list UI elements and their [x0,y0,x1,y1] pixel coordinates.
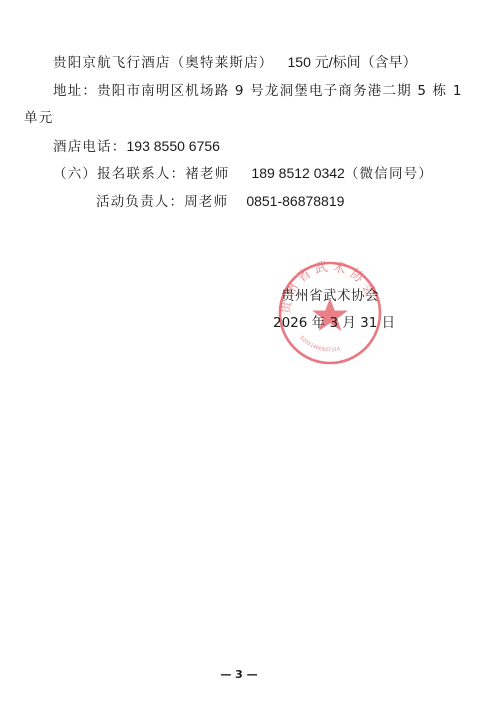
registration-contact-phone: 189 8512 0342 [251,165,344,181]
hotel-line: 贵阳京航飞行酒店（奥特莱斯店）150 元/标间（含早） [53,53,417,72]
event-lead-phone: 0851-86878819 [246,193,344,209]
hotel-phone-label: 酒店电话： [53,139,127,155]
address-text-cont: 单元 [24,110,53,126]
event-lead-label: 活动负责人：周老师 [96,194,228,210]
hotel-phone-line: 酒店电话：193 8550 6756 [53,137,220,156]
hotel-price: 150 元/标间（含早） [288,54,417,70]
address-text: 地址：贵阳市南明区机场路 9 号龙洞堡电子商务港二期 5 栋 1 [53,83,463,99]
registration-contact-note: （微信同号） [345,166,433,182]
signing-date: 2026 年 3 月 31 日 [273,314,395,332]
event-lead-line: 活动负责人：周老师0851-86878819 [96,192,344,211]
hotel-phone-number: 193 8550 6756 [127,138,220,154]
hotel-name: 贵阳京航飞行酒店（奥特莱斯店） [53,55,274,71]
svg-text:52011406937314: 52011406937314 [298,335,341,354]
address-line: 地址：贵阳市南明区机场路 9 号龙洞堡电子商务港二期 5 栋 1 [53,82,463,100]
official-seal-icon: 贵州省武术协会 52011406937314 [277,260,383,366]
signing-organization: 贵州省武术协会 [281,287,379,305]
address-continuation: 单元 [24,109,53,127]
registration-contact-label: （六）报名联系人：褚老师 [53,166,229,182]
page-number: — 3 — [0,668,478,681]
registration-contact-line: （六）报名联系人：褚老师189 8512 0342（微信同号） [53,164,433,183]
